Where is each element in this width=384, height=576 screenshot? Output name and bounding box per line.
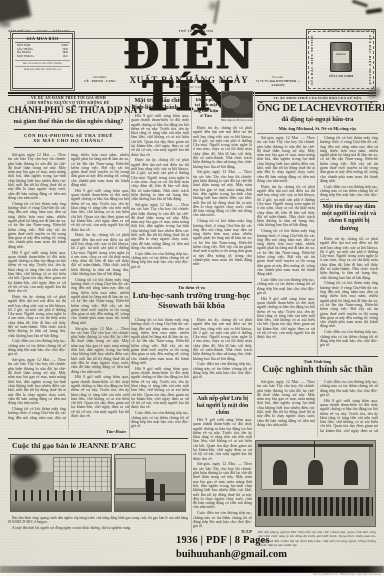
photo-texture (344, 460, 358, 486)
photo-inset-crime-scene (221, 91, 253, 118)
paper-stain (40, 250, 160, 410)
subscription-price-box: GIÁ MUA BÁO MỘT NĂM 10$00 SÁU THÁNG 5$50… (12, 33, 73, 89)
body-text: Chúng tôi có hỏi thăm mấy ông hương-chức… (193, 219, 252, 266)
director-name: LÊ - TRUNG - CANG (84, 79, 115, 83)
body-text: Sài-gòn, ngày 12 Mai. — Theo tin các báo… (257, 136, 315, 183)
column-rule (317, 136, 318, 355)
body-text: Hồi 9 giờ rưỡi sáng hôm qua, quan chánh … (131, 114, 189, 157)
jeanne-darc-caption: Hai tấm hình chụp quang-cảnh dân nghèo s… (8, 516, 188, 531)
column-rule (191, 96, 192, 282)
sisowath-body-right: Được tin ấy, chúng tôi có phái người đến… (193, 318, 252, 391)
office-address: 71-73-75, Rue KITCHENER — SAIGON (256, 79, 301, 87)
tax-article-subhead: mà giảm thuế thân cho dân nghèo chăng? (8, 118, 129, 125)
price-label: MỘT THÁNG (17, 55, 34, 59)
photo-texture (314, 441, 315, 458)
body-text: Cuộc điều tra còn đương tiếp tục, chừng … (320, 185, 378, 200)
scan-smudge (366, 8, 382, 14)
neppho-body: Hồi 9 giờ rưỡi sáng hôm qua, quan chánh … (193, 418, 252, 528)
tau-article-top: Sóng mẹ vị khám-phá tại ảnh mật ông thử … (193, 91, 253, 122)
photo-texture (11, 501, 111, 511)
lachevrotiere-subhead: đã đặng tại-ngoại hầu-tra (257, 116, 378, 123)
body-text: Sài-gòn, ngày 12 Mai. — Theo tin các báo… (131, 203, 189, 250)
tau-headline: Sóng mẹ vị khám-phá tại ảnh mật ông thử … (193, 91, 219, 122)
paper-stain (300, 55, 384, 115)
column-rule (254, 91, 255, 438)
scan-smudge (352, 0, 368, 7)
price-note: MUA BÁO PHẢI TRẢ TIỀN TRƯỚC (15, 60, 70, 65)
body-text: Cuộc điều tra còn đương tiếp tục, chừng … (193, 511, 252, 528)
body-text: Được tin ấy, chúng tôi có phái người đến… (193, 318, 252, 361)
scan-smudge (0, 21, 10, 27)
khanhhoi-headline: Mặt trận đấu chiến kịch-liệt ở Khánh-hội (131, 97, 189, 112)
body-text: Chúng tôi có hỏi thăm mấy ông hương-chức… (257, 229, 315, 276)
director-block: Chủ nhiệm : LÊ - TRUNG - CANG (74, 76, 126, 84)
price-box-title: GIÁ MUA BÁO (15, 36, 70, 43)
vinhlong-section-header: Tỉnh Vĩnh-long Cuộc nghinh thỉnh sắc thầ… (257, 356, 378, 375)
body-text: Sài-gòn, ngày 12 Mai. — Theo tin các báo… (193, 170, 252, 217)
body-text: Sài-gòn, ngày 12 Mai. — Theo tin các báo… (257, 380, 315, 427)
scan-smudge (368, 88, 380, 98)
tax-article-kicker: VỀ DỰ ÁN ĐÁNH THUẾ TỚI GIA-ĐÌNH CHO NHỮN… (8, 96, 129, 105)
photo-texture (10, 454, 43, 483)
body-text: Sài-gòn, ngày 12 Mai. — Theo tin các báo… (193, 462, 252, 509)
caption-line: Ai nấy đều hớn hở, người coi đông nghẹt … (8, 526, 188, 530)
vinhlong-body: Sài-gòn, ngày 12 Mai. — Theo tin các báo… (257, 380, 378, 437)
tax-article-deck-box: CÒN ĐỊA-PHƯƠNG SẼ THA THUẾ XE MÁY CHO HỌ… (14, 129, 123, 148)
office-block: Tòa soạn : 71-73-75, Rue KITCHENER — SAI… (252, 76, 304, 88)
tau-photo-block: Hình chụp tại chỗ xảy ra vụ án (221, 91, 253, 122)
photo-texture (258, 497, 372, 516)
scan-smudge (0, 0, 31, 23)
body-text: Cuộc điều tra còn đương tiếp tục, chừng … (257, 278, 315, 295)
lachevrotiere-body-right: Chúng tôi có hỏi thăm mấy ông hương-chức… (320, 136, 378, 200)
neppho-signature: N.T.P (193, 529, 252, 534)
stabbing-headline: Một tên thợ say đâm một người lòi ruột v… (320, 201, 378, 233)
tau-body: Được tin ấy, chúng tôi có phái người đến… (193, 126, 252, 281)
tax-article-headline: CHÁNH-PHỦ SẼ THỪA DỊP NẦY (8, 106, 129, 116)
photo-texture (53, 457, 111, 492)
tagline: XUẤT BẢN HẰNG NGÀY (126, 76, 252, 86)
deck-line: XE MÁY CHO HỌ CHĂNG? (14, 138, 123, 144)
body-text: Sài-gòn, ngày 12 Mai. — Theo tin các báo… (8, 153, 66, 200)
body-text: Cuộc điều tra còn đương tiếp tục, chừng … (320, 380, 378, 397)
vinhlong-region-label: Tỉnh Vĩnh-long (257, 359, 378, 364)
tax-article-signature: Tân-Hoàn (60, 429, 126, 434)
price-note: XEM BÁO RỒI XIN CHỚ TRẢ LẠI (15, 66, 70, 71)
tau-photo-caption: Hình chụp tại chỗ xảy ra vụ án (221, 119, 253, 122)
body-text: Cuộc điều tra còn đương tiếp tục, chừng … (193, 362, 252, 379)
photo-procession-building (255, 440, 376, 527)
file-info-watermark: 1936 | PDF | 8 Pages (176, 535, 270, 546)
caption-line: Hai tấm hình chụp quang-cảnh dân nghèo s… (8, 516, 188, 525)
lachevrotiere-deck: Mấy ông Michaud, St. Né và Mị cũng vậy (257, 126, 378, 134)
column-rule (191, 318, 192, 533)
body-text: Được tin ấy, chúng tôi có phái người đến… (193, 126, 252, 169)
vinhlong-photo-caption: Hai đội phụng nghinh Đức Tiền-hiền tại n… (258, 530, 376, 547)
photo-texture (273, 460, 287, 486)
price-value: 1$10 (62, 55, 68, 59)
stabbing-body: Được tin ấy, chúng tôi có phái người đến… (320, 237, 378, 355)
body-text: Hồi 9 giờ rưỡi sáng hôm qua, quan chánh … (193, 418, 252, 461)
jeanne-darc-headline: Cuộc thi gạo bán lẻ JEANNE D'ARC (8, 441, 188, 450)
photo-texture (258, 444, 372, 447)
kicker-line: CHO NHỮNG NGƯỜI VỢ TIỀN KHÔNG ĐỦ (8, 101, 129, 106)
body-text: Chúng tôi có hỏi thăm mấy ông hương-chức… (320, 136, 378, 183)
body-text: Cuộc điều tra còn đương tiếp tục, chừng … (131, 411, 189, 428)
body-text: Được tin ấy, chúng tôi có phái người đến… (257, 185, 315, 228)
photo-street-scene-right (114, 454, 186, 512)
body-text: Được tin ấy, chúng tôi có phái người đến… (131, 158, 189, 201)
masthead-subrow: Chủ nhiệm : LÊ - TRUNG - CANG XUẤT BẢN H… (74, 76, 304, 89)
body-text: Được tin ấy, chúng tôi có phái người đến… (320, 237, 378, 280)
paper-crease (209, 2, 217, 10)
lachevrotiere-body-left: Sài-gòn, ngày 12 Mai. — Theo tin các báo… (257, 136, 315, 355)
body-text: Chúng tôi có hỏi thăm mấy ông hương-chức… (8, 202, 66, 249)
photo-texture (15, 490, 87, 501)
uploader-email-watermark: buihuuhanh@gmail.com (176, 549, 287, 560)
body-text: Hồi 9 giờ rưỡi sáng hôm qua, quan chánh … (71, 189, 129, 232)
photo-texture (115, 501, 185, 511)
tagline-block: XUẤT BẢN HẰNG NGÀY DÂY THÉP Số: 71.433 (126, 76, 252, 89)
neppho-headline: Anh nếp-phơ Lưu bị hai người lạ mặt đón … (193, 393, 252, 417)
photo-texture (115, 458, 146, 488)
photo-texture (308, 460, 322, 486)
telegraph-number: DÂY THÉP Số: 71.433 (126, 86, 252, 89)
photo-street-scene-left (10, 454, 112, 512)
newspaper-page: NĂM THỨ TƯ — SỐ 200 — NĂM 1936 THỨ TƯ 13… (0, 0, 384, 576)
body-text: Cuộc điều tra còn đương tiếp tục, chừng … (320, 330, 378, 347)
body-text: Hồi 9 giờ rưỡi sáng hôm qua, quan chánh … (257, 297, 315, 340)
price-row: MỘT THÁNG 1$10 (15, 55, 70, 59)
photo-texture (256, 516, 375, 526)
vinhlong-headline: Cuộc nghinh thỉnh sắc thần (257, 365, 378, 375)
body-text: Chúng tôi có hỏi thăm mấy ông hương-chức… (320, 281, 378, 328)
